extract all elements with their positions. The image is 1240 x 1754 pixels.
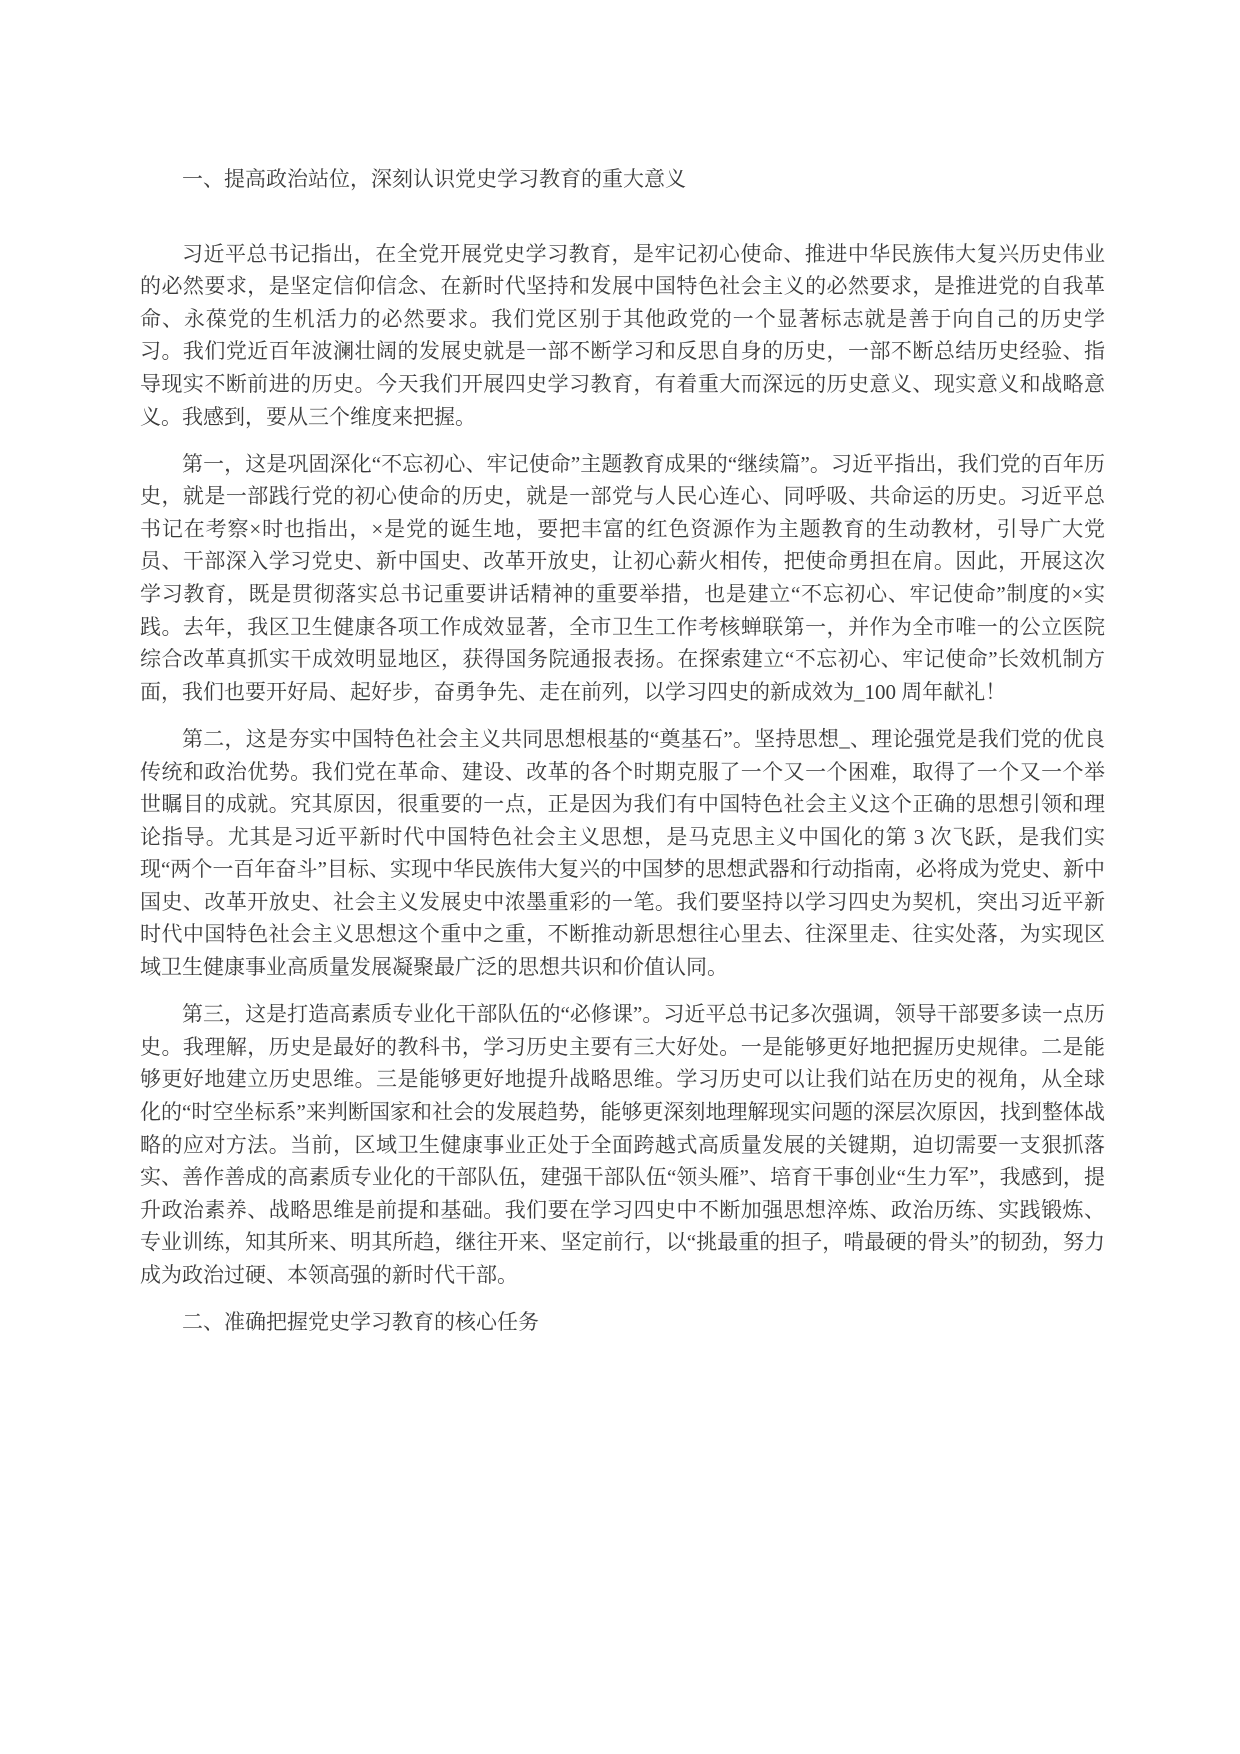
section-heading-1: 一、提高政治站位，深刻认识党史学习教育的重大意义 (140, 163, 1105, 196)
paragraph-3: 第二，这是夯实中国特色社会主义共同思想根基的“奠基石”。坚持思想_、理论强党是我… (140, 723, 1105, 984)
document-page: 一、提高政治站位，深刻认识党史学习教育的重大意义 习近平总书记指出，在全党开展党… (0, 0, 1240, 1754)
paragraph-4: 第三，这是打造高素质专业化干部队伍的“必修课”。习近平总书记多次强调，领导干部要… (140, 998, 1105, 1291)
paragraph-2: 第一，这是巩固深化“不忘初心、牢记使命”主题教育成果的“继续篇”。习近平指出，我… (140, 448, 1105, 709)
paragraph-1: 习近平总书记指出，在全党开展党史学习教育，是牢记初心使命、推进中华民族伟大复兴历… (140, 238, 1105, 434)
document-body: 一、提高政治站位，深刻认识党史学习教育的重大意义 习近平总书记指出，在全党开展党… (140, 163, 1105, 1339)
section-heading-2: 二、准确把握党史学习教育的核心任务 (140, 1306, 1105, 1339)
